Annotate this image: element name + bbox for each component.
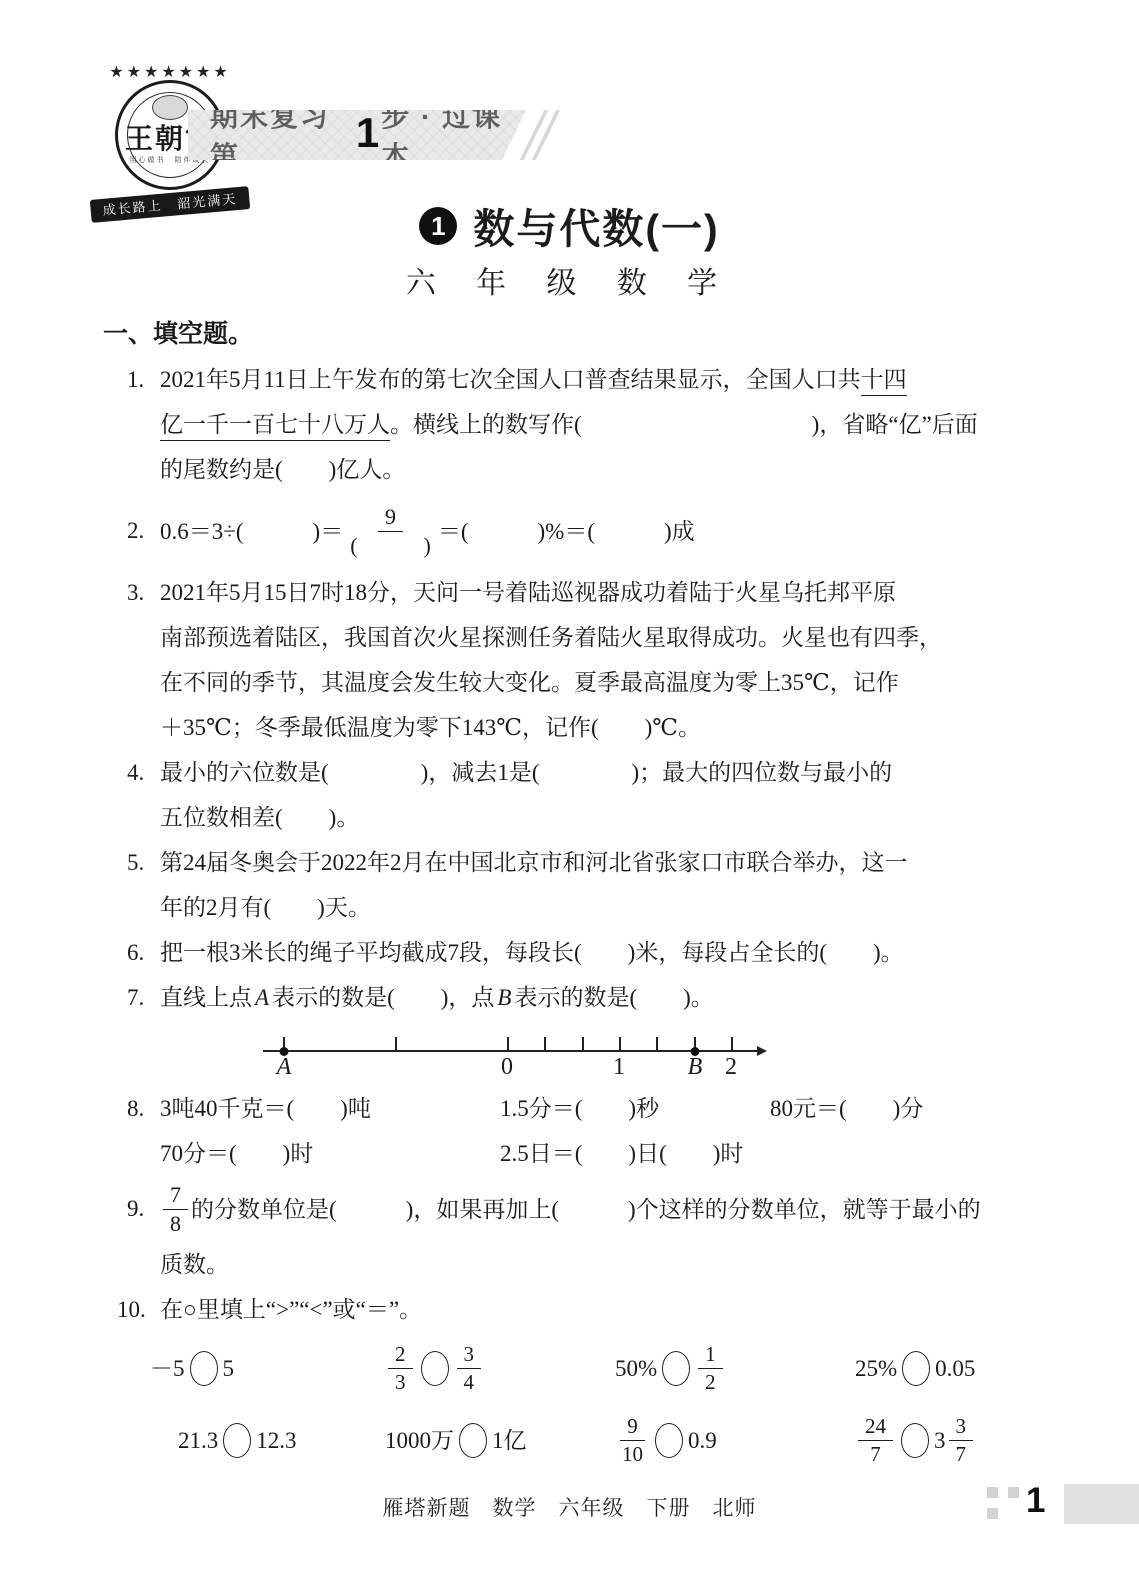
conversion-item: 2.5日＝( )日( )时 [500,1131,770,1176]
comparison-circle [662,1351,690,1386]
comparison-circle [901,1423,929,1458]
footer-book-info: 雁塔新题 数学 六年级 下册 北师 [0,1492,1139,1522]
tick-two-thirds [582,1037,584,1051]
number-line-figure: A 0 1 B 2 [263,1024,767,1080]
fraction-denominator: 8 [166,1210,185,1238]
fraction: 37 [949,1413,974,1467]
question-3-line-1: 2021年5月15日7时18分，天问一号着陆巡视器成功着陆于火星乌托邦平原 [160,570,1055,615]
conversion-item: 80元＝( )分 [770,1086,1055,1131]
page-number: 1 [1026,1481,1045,1521]
text-run: 0.6＝3÷( )＝ [160,509,343,554]
comparison-item: 50%12 [615,1341,855,1395]
comparison-item: 9100.9 [615,1413,855,1467]
comparison-circle [459,1423,487,1458]
question-10-heading: 在○里填上“>”“<”或“＝”。 [160,1287,1055,1332]
fraction: 34 [457,1341,482,1395]
number-line-arrow [757,1046,767,1056]
question-3-line-4: ＋35℃；冬季最低温度为零下143℃，记作( )℃。 [160,705,1055,750]
comparison-circle [655,1423,683,1458]
footer-square-decoration [987,1508,998,1519]
fraction-denominator: 3 [391,1369,410,1395]
question-3-number: 3. [127,570,144,615]
footer-square-decoration [987,1487,998,1498]
banner-step-number: 1 [356,112,379,154]
chapter-title: 数与代数(一) [473,196,719,255]
left-operand: 21.3 [178,1418,218,1463]
fraction: 78 [163,1181,188,1237]
question-6-line-1: 把一根3米长的绳子平均截成7段，每段长( )米，每段占全长的( )。 [160,930,1055,975]
question-2-equation: 0.6＝3÷( )＝ 9( ) ＝( )%＝( )成 [160,492,1055,570]
fraction-numerator: 9 [378,503,403,532]
fraction-numerator: 2 [388,1341,413,1368]
text-run: 表示的数是( )，点 [272,985,494,1010]
header-banner: 期末复习第 1 步 · 过课本 [188,110,526,160]
section-heading: 一、填空题。 [103,312,1055,357]
left-operand: 1000万 [385,1418,454,1463]
underlined-text: 亿一千一百七十八万人 [160,412,390,441]
question-8-number: 8. [127,1086,144,1131]
tick-four-thirds [656,1037,658,1051]
question-1-number: 1. [127,357,144,402]
right-operand: 12.3 [256,1418,296,1463]
page-number-band [1064,1484,1139,1524]
right-operand: 0.9 [688,1418,717,1463]
tick-1 [619,1037,621,1051]
question-5-line-1: 第24届冬奥会于2022年2月在中国北京市和河北省张家口市联合举办，这一 [160,840,1055,885]
comparison-item: 21.312.3 [150,1418,385,1463]
chapter-title-row: 1数与代数(一) [0,196,1139,255]
label-zero: 0 [501,1054,513,1080]
comparison-circle [902,1351,930,1386]
question-5-line-2: 年的2月有( )天。 [160,885,1055,930]
conversion-item: 1.5分＝( )秒 [500,1086,770,1131]
question-9-line-2: 质数。 [160,1242,1055,1287]
label-a: A [277,1054,292,1080]
grade-subtitle: 六 年 级 数 学 [0,258,1139,302]
comparison-row-2: 21.312.3 1000万1亿 9100.9 247337 [150,1404,1055,1476]
question-7-line-1: 直线上点A表示的数是( )，点B表示的数是( )。 [160,975,1055,1020]
fraction: 12 [698,1341,723,1395]
question-6-number: 6. [127,930,144,975]
label-two: 2 [725,1054,737,1080]
question-4-number: 4. [127,750,144,795]
fraction: 9( ) [346,503,435,559]
fraction-numerator: 7 [163,1181,188,1210]
banner-text-post: 步 · 过课本 [381,95,526,175]
question-4: 4. 最小的六位数是( )，减去1是( )；最大的四位数与最小的 五位数相差( … [103,750,1055,840]
fraction: 910 [618,1413,647,1467]
worksheet-page: ★★★★★★★ 王朝霞 ® 用心做书 陪伴成长 成长路上 韶光满天 期末复习第 … [0,0,1139,1582]
question-2: 2. 0.6＝3÷( )＝ 9( ) ＝( )%＝( )成 [103,492,1055,570]
label-one: 1 [613,1054,625,1080]
variable-b: B [494,985,514,1010]
question-5-number: 5. [127,840,144,885]
tick-minus-1 [395,1037,397,1051]
question-2-number: 2. [127,508,144,553]
comparison-row-1: －55 2334 50%12 25%0.05 [150,1332,1055,1404]
conversion-item: 3吨40千克＝( )吨 [160,1086,500,1131]
right-operand: 1亿 [492,1418,527,1463]
underlined-text: 十四 [861,367,907,396]
mixed-whole: 3 [934,1418,946,1463]
chapter-number-badge: 1 [419,207,457,245]
question-8-grid: 3吨40千克＝( )吨 1.5分＝( )秒 80元＝( )分 70分＝( )时 … [160,1086,1055,1176]
question-9: 9. 78 的分数单位是( )，如果再加上( )个这样的分数单位，就等于最小的 … [103,1176,1055,1287]
left-operand: －5 [150,1346,185,1391]
question-5: 5. 第24届冬奥会于2022年2月在中国北京市和河北省张家口市联合举办，这一 … [103,840,1055,930]
fraction-denominator: 10 [618,1441,647,1467]
fraction-denominator: 4 [460,1369,479,1395]
comparison-circle [421,1351,449,1386]
question-10-number: 10. [117,1287,146,1332]
tick-one-third [544,1037,546,1051]
fraction: 23 [388,1341,413,1395]
question-9-number: 9. [127,1186,144,1231]
mixed-number: 337 [934,1413,976,1467]
text-run: 2021年5月11日上午发布的第七次全国人口普查结果显示，全国人口共 [160,367,861,392]
tick-2 [731,1037,733,1051]
fraction: 247 [858,1413,893,1467]
fraction-denominator: 2 [701,1369,720,1395]
question-3-line-3: 在不同的季节，其温度会发生较大变化。夏季最高温度为零上35℃，记作 [160,660,1055,705]
fraction-numerator: 1 [698,1341,723,1368]
number-line-axis [263,1050,759,1052]
question-10: 10. 在○里填上“>”“<”或“＝”。 [103,1287,1055,1332]
stars-decoration: ★★★★★★★ [109,62,230,82]
question-6: 6. 把一根3米长的绳子平均截成7段，每段长( )米，每段占全长的( )。 [103,930,1055,975]
label-b: B [688,1054,703,1080]
questions-area: 一、填空题。 1. 2021年5月11日上午发布的第七次全国人口普查结果显示，全… [103,312,1055,1476]
fraction-numerator: 9 [620,1413,645,1440]
question-1-line-1: 2021年5月11日上午发布的第七次全国人口普查结果显示，全国人口共十四 [160,357,1055,402]
variable-a: A [252,985,272,1010]
text-run: 的分数单位是( )，如果再加上( )个这样的分数单位，就等于最小的 [191,1187,981,1232]
comparison-circle [190,1351,218,1386]
question-3-line-2: 南部预选着陆区，我国首次火星探测任务着陆火星取得成功。火星也有四季， [160,615,1055,660]
comparison-item: 247337 [855,1413,1055,1467]
fraction-numerator: 3 [457,1341,482,1368]
left-operand: 50% [615,1346,657,1391]
question-1: 1. 2021年5月11日上午发布的第七次全国人口普查结果显示，全国人口共十四 … [103,357,1055,492]
question-8: 8. 3吨40千克＝( )吨 1.5分＝( )秒 80元＝( )分 70分＝( … [103,1086,1055,1176]
tick-0 [507,1037,509,1051]
conversion-item: 70分＝( )时 [160,1131,500,1176]
fraction-numerator: 24 [858,1413,893,1440]
fraction-denominator: ( ) [346,532,435,560]
text-run: 表示的数是( )。 [514,985,713,1010]
fraction-numerator: 3 [949,1413,974,1440]
question-4-line-2: 五位数相差( )。 [160,795,1055,840]
left-operand: 25% [855,1346,897,1391]
fraction-denominator: 7 [952,1441,971,1467]
text-run: 。横线上的数写作( )，省略“亿”后面 [390,412,978,437]
footer-square-decoration [1008,1487,1019,1498]
comparison-item: 1000万1亿 [385,1418,615,1463]
comparison-item: 2334 [385,1341,615,1395]
question-1-line-3: 的尾数约是( )亿人。 [160,447,1055,492]
text-run: 直线上点 [160,985,252,1010]
banner-stripe-decoration [532,110,560,160]
question-7: 7. 直线上点A表示的数是( )，点B表示的数是( )。 [103,975,1055,1020]
comparison-circle [223,1423,251,1458]
question-1-line-2: 亿一千一百七十八万人。横线上的数写作( )，省略“亿”后面 [160,402,1055,447]
question-3: 3. 2021年5月15日7时18分，天问一号着陆巡视器成功着陆于火星乌托邦平原… [103,570,1055,750]
right-operand: 5 [223,1346,235,1391]
question-7-number: 7. [127,975,144,1020]
right-operand: 0.05 [935,1346,975,1391]
question-9-line-1: 78 的分数单位是( )，如果再加上( )个这样的分数单位，就等于最小的 [160,1176,1055,1242]
comparison-item: －55 [150,1346,385,1391]
fraction-denominator: 7 [866,1441,885,1467]
comparison-item: 25%0.05 [855,1346,1055,1391]
text-run: ＝( )%＝( )成 [438,509,695,554]
question-4-line-1: 最小的六位数是( )，减去1是( )；最大的四位数与最小的 [160,750,1055,795]
